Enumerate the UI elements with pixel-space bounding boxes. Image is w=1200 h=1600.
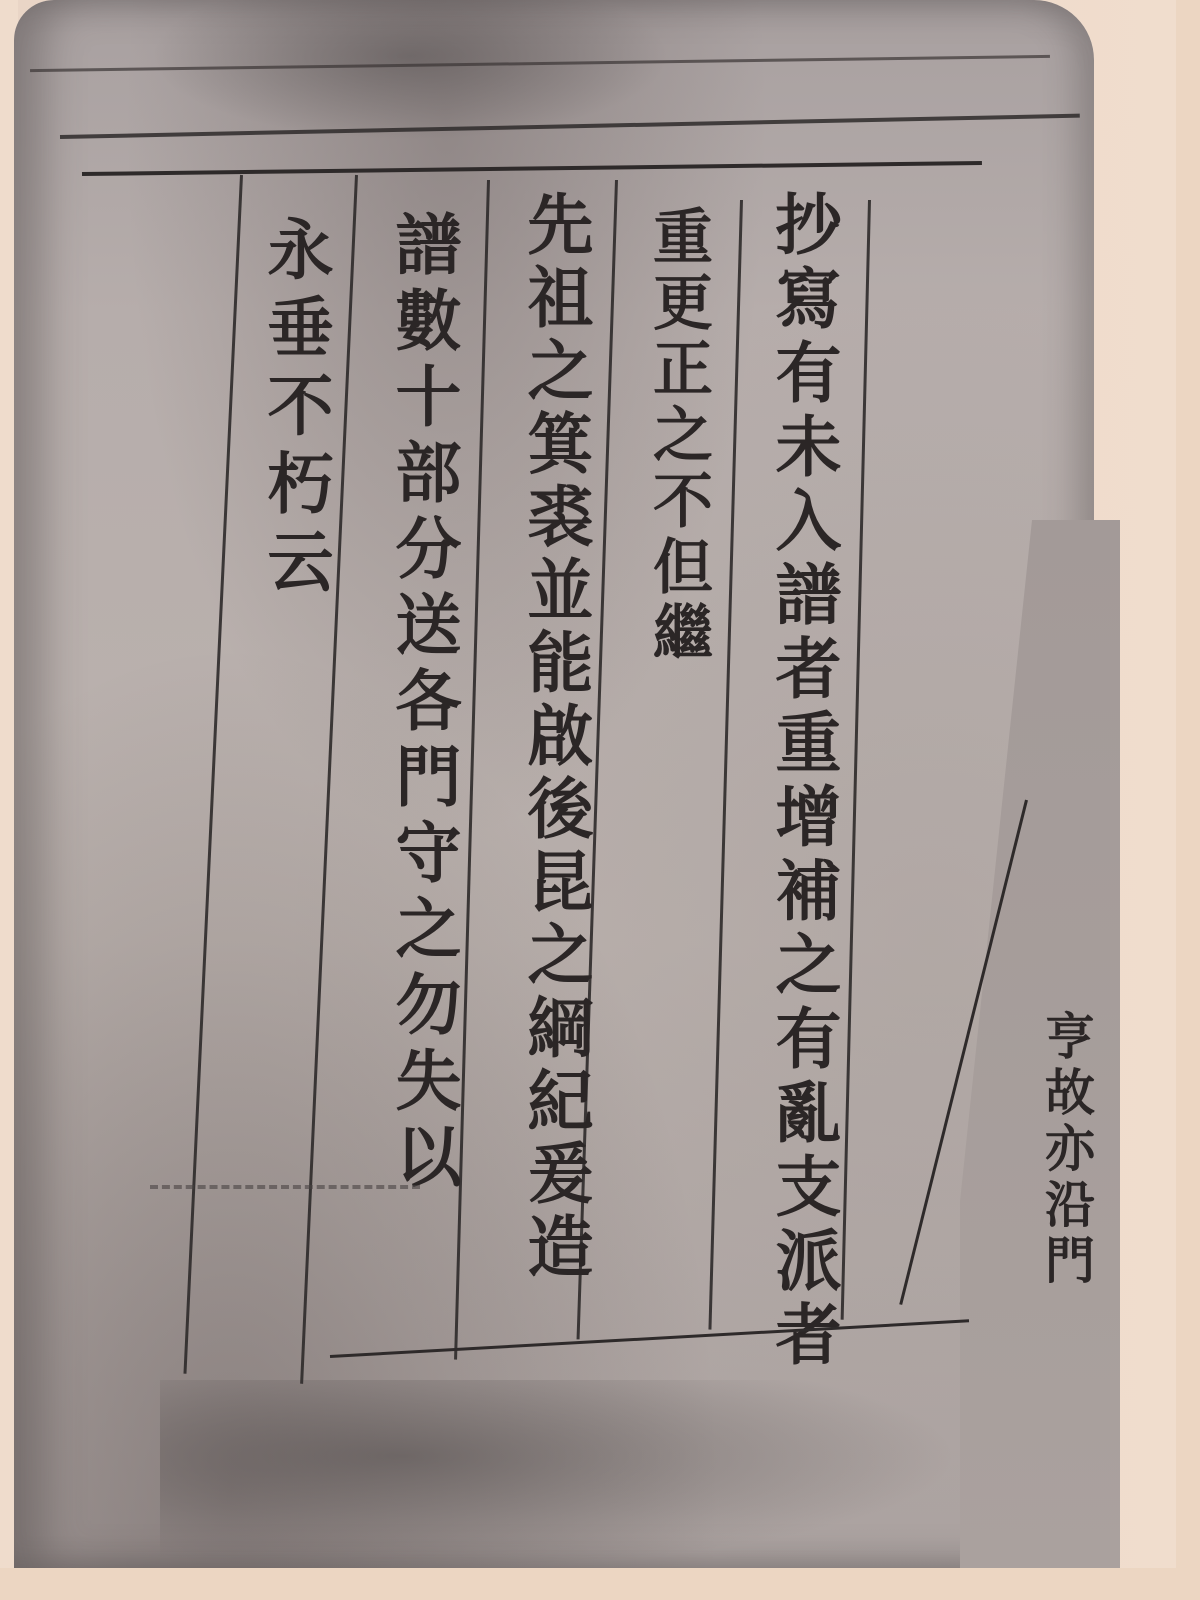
text-column-1: 抄寫有未入譜者重增補之有亂支派者: [770, 190, 836, 1374]
text-column-5: 永垂不朽云: [262, 215, 328, 605]
stained-bottom-area: [160, 1380, 960, 1568]
photo-scene: 亨故亦沿門 抄寫有未入譜者重增補之有亂支派者 重更正之不但繼 先祖之箕裘並能啟後…: [0, 0, 1176, 1568]
fragment-text: 亨故亦沿門: [1030, 1010, 1102, 1290]
text-column-3: 先祖之箕裘並能啟後昆之綱紀爰造: [522, 190, 588, 1285]
torn-top-area: [150, 0, 670, 140]
faint-ink-mark: [150, 1185, 420, 1189]
text-column-2: 重更正之不但繼: [648, 205, 708, 667]
text-column-4: 譜數十部分送各門守之勿失以: [390, 210, 456, 1198]
